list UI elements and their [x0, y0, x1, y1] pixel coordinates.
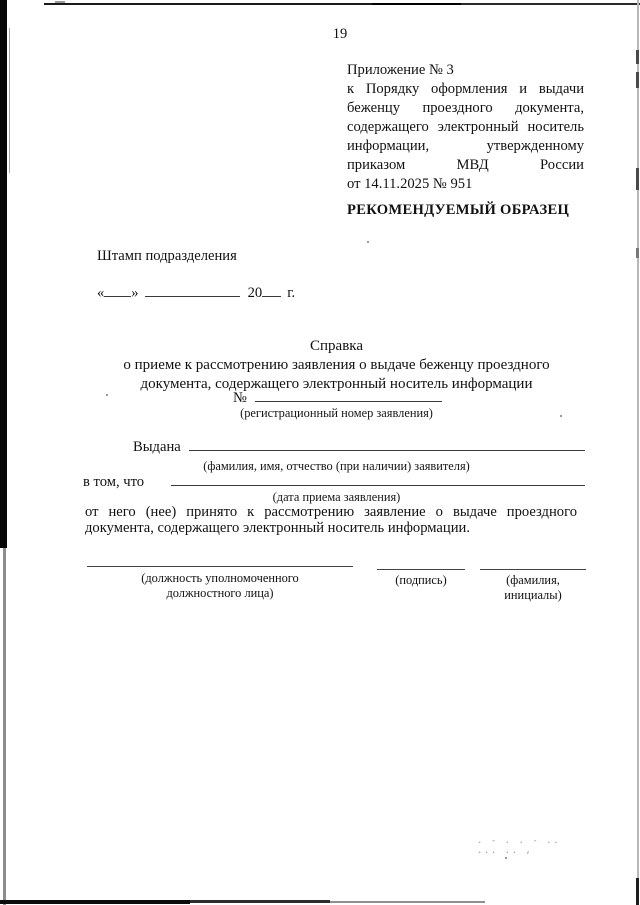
number-sign: № [233, 390, 247, 407]
scanned-document-page: . - . . - .. ... .. , 19 Приложение № 3 … [0, 0, 640, 905]
position-hint-line: должностного лица) [87, 586, 353, 601]
body-paragraph: от него (нее) принято к рассмотрению зая… [85, 505, 577, 537]
registration-number-blank-line [255, 398, 442, 402]
scan-speck [505, 857, 507, 859]
title-line: Справка [88, 337, 585, 356]
month-blank-line [145, 293, 240, 297]
year-prefix: 20 [248, 285, 263, 301]
issued-label: Выдана [133, 439, 181, 456]
scan-speck [106, 394, 108, 396]
scan-border-right [637, 0, 639, 905]
appendix-line: содержащего электронный носитель [347, 118, 584, 137]
position-hint: (должность уполномоченного должностного … [87, 571, 353, 601]
scan-speck [367, 241, 369, 243]
scan-border-top-stub [55, 1, 65, 3]
year-suffix: г. [287, 285, 295, 301]
applicant-name-hint: (фамилия, имя, отчество (при наличии) за… [88, 459, 585, 473]
name-hint-line: (фамилия, [480, 573, 586, 588]
scan-border-left-gray [3, 548, 6, 905]
scan-right-tick [636, 248, 639, 258]
stamp-label: Штамп подразделения [97, 248, 237, 265]
scan-border-left [0, 0, 7, 548]
application-date-blank-line [171, 482, 585, 486]
recommended-sample-heading: РЕКОМЕНДУЕМЫЙ ОБРАЗЕЦ [347, 202, 587, 219]
close-quote: » [131, 285, 138, 301]
registration-number-row: № [233, 390, 442, 407]
year-blank-line [262, 293, 281, 297]
scan-border-left-thin [9, 28, 10, 173]
registration-number-hint: (регистрационный номер заявления) [88, 406, 585, 420]
position-hint-line: (должность уполномоченного [87, 571, 353, 586]
scan-border-bottom [190, 900, 330, 903]
day-blank-line [104, 293, 131, 297]
applicant-name-blank-line [189, 447, 585, 451]
page-number: 19 [300, 26, 380, 43]
appendix-line: приказом МВД России [347, 156, 584, 175]
scan-right-tick [636, 72, 639, 88]
scan-right-tick [636, 168, 639, 190]
appendix-line: информации, утвержденному [347, 137, 584, 156]
appendix-line: к Порядку оформления и выдачи [347, 80, 584, 99]
appendix-line: от 14.11.2025 № 951 [347, 175, 584, 194]
appendix-line: Приложение № 3 [347, 61, 584, 80]
that-row: в том, что [83, 474, 585, 491]
signature-hint: (подпись) [377, 573, 465, 588]
open-quote: « [97, 285, 104, 301]
date-line: «»20г. [97, 285, 295, 302]
scan-right-tick [636, 50, 639, 64]
title-line: о приеме к рассмотрению заявления о выда… [88, 356, 585, 375]
scan-border-bottom [0, 900, 190, 904]
issued-row: Выдана [133, 439, 585, 456]
appendix-block: Приложение № 3 к Порядку оформления и вы… [347, 61, 584, 194]
position-signature-line [87, 566, 353, 567]
scan-noise-dots: . - . . - .. ... .. , [477, 836, 561, 856]
name-hint-line: инициалы) [480, 588, 586, 603]
scan-border-bottom [330, 901, 485, 903]
scan-right-tick [636, 878, 639, 905]
name-line [480, 569, 586, 570]
appendix-line: беженцу проездного документа, [347, 99, 584, 118]
application-date-hint: (дата приема заявления) [88, 490, 585, 504]
name-hint: (фамилия, инициалы) [480, 573, 586, 603]
signature-line [377, 569, 465, 570]
that-label: в том, что [83, 474, 163, 491]
scan-border-top [44, 3, 640, 5]
certificate-title: Справка о приеме к рассмотрению заявлени… [88, 337, 585, 394]
